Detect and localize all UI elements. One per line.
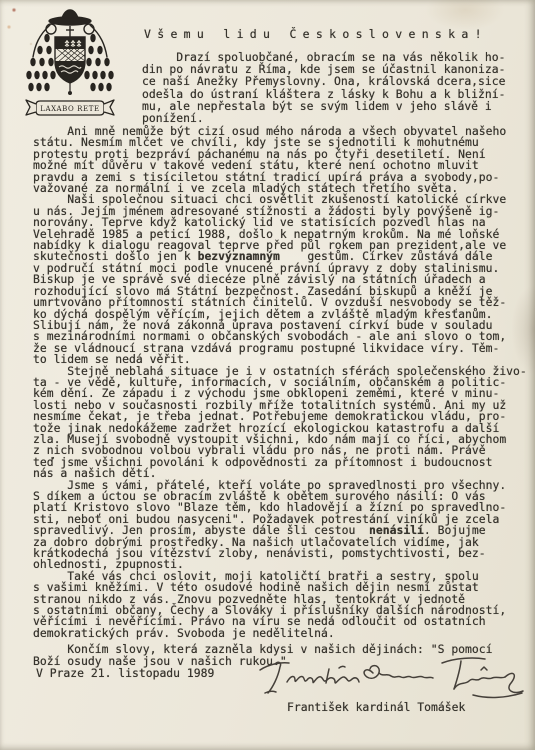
signature-name: František kardinál Tomášek	[287, 702, 465, 713]
handwritten-signature	[242, 648, 529, 708]
scanned-letter-page: LAXABO RETE Všemu lidu Československa! D…	[0, 0, 535, 750]
letter-paragraph-2: Ani mně nemůže být cizí osud mého národa…	[33, 126, 535, 194]
letter-body: Ani mně nemůže být cizí osud mého národa…	[33, 126, 535, 667]
letter-paragraph-1: Drazí spoluobčané, obracím se na vás něk…	[142, 51, 505, 124]
date-line: V Praze 21. listopadu 1989	[36, 668, 214, 679]
shield-icon	[53, 37, 89, 95]
bishop-coat-of-arms: LAXABO RETE	[20, 5, 120, 129]
letter-paragraph-3: Naši společnou situaci chci osvětlit zku…	[33, 194, 535, 365]
letter-paragraph-5: Jsme s vámi, přátelé, kteří voláte po sp…	[33, 480, 535, 571]
cross-icon	[66, 26, 74, 37]
letter-paragraph-6: Také vás chci oslovit, moji katoličtí br…	[33, 571, 535, 639]
motto-banner: LAXABO RETE	[26, 100, 114, 115]
wheat-ears-icon	[65, 40, 81, 47]
letter-title: Všemu lidu Československa!	[144, 27, 488, 41]
letter-paragraph-4: Stejně neblahá situace je i v ostatních …	[33, 366, 535, 480]
motto-text: LAXABO RETE	[40, 105, 100, 113]
